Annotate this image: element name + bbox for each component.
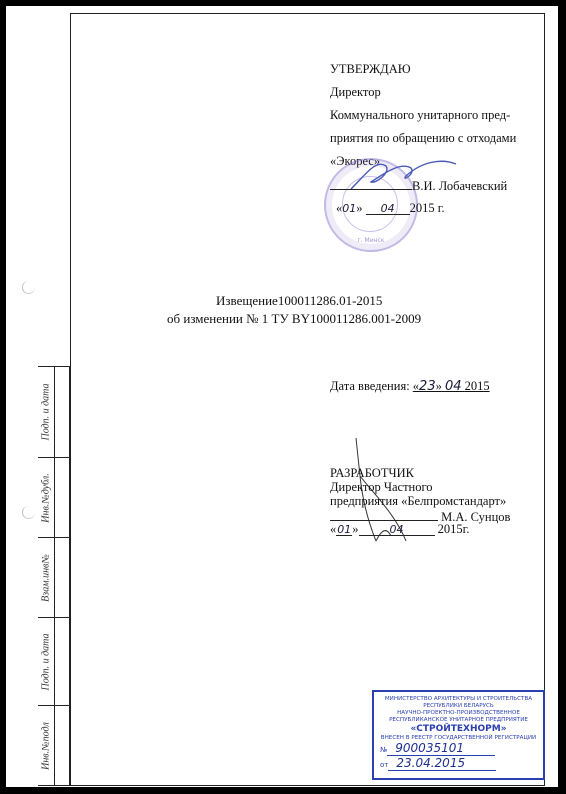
side-cell-replace-inv: Взам.инв№ <box>38 537 70 617</box>
approval-org-line1: Коммунального унитарного пред- <box>330 109 510 122</box>
developer-date-day: 01 <box>336 524 352 536</box>
registration-stamp-org: «СТРОЙТЕХНОРМ» <box>374 724 543 735</box>
registration-stamp: МИНИСТЕРСТВО АРХИТЕКТУРЫ И СТРОИТЕЛЬСТВА… <box>372 690 545 780</box>
registration-number-row: №900035101 <box>374 742 543 757</box>
side-cell-sign-date-1: Подп. и дата <box>38 366 70 457</box>
side-cell-dup-inv: Инв.№дубл. <box>38 457 70 537</box>
side-cell-label: Подп. и дата <box>41 383 52 440</box>
approval-signatory: В.И. Лобачевский <box>412 179 507 193</box>
effective-date-label: Дата введения: <box>330 379 410 393</box>
round-seal-city: г. Минск <box>326 237 416 244</box>
document-page: Подп. и дата Инв.№дубл. Взам.инв№ Подп. … <box>6 6 558 787</box>
developer-date: «01»04 2015г. <box>330 523 469 536</box>
developer-heading: РАЗРАБОТЧИК <box>330 467 414 480</box>
approval-date-month: 04 <box>366 203 410 215</box>
registration-date-row: от23.04.2015 <box>374 757 543 772</box>
developer-position: Директор Частного <box>330 481 433 494</box>
notice-subtitle: об изменении № 1 ТУ BY100011286.001-2009 <box>167 312 421 325</box>
approval-signature-line: В.И. Лобачевский <box>330 178 507 193</box>
approval-date-year: 2015 г. <box>410 201 445 215</box>
registration-date: 23.04.2015 <box>388 757 496 771</box>
effective-date-value: «23» 04 2015 <box>413 379 490 393</box>
effective-date: Дата введения: «23» 04 2015 <box>330 380 490 393</box>
developer-date-month: 04 <box>359 524 435 536</box>
punch-hole-mark <box>22 281 35 294</box>
punch-hole-mark <box>22 506 35 519</box>
approval-org-line2: приятия по обращению с отходами <box>330 132 516 145</box>
registration-number: 900035101 <box>387 742 495 756</box>
side-table-bottom-line <box>38 785 70 786</box>
approval-date-day: 01 <box>342 202 356 215</box>
notice-title: Извещение100011286.01-2015 <box>216 294 382 307</box>
side-cell-label: Подп. и дата <box>41 633 52 690</box>
approval-date: «01» 042015 г. <box>336 202 445 215</box>
side-cell-sign-date-2: Подп. и дата <box>38 617 70 705</box>
side-cell-label: Инв.№дубл. <box>41 473 52 522</box>
side-cell-orig-inv: Инв.№подл <box>38 705 70 786</box>
developer-date-year: 2015г. <box>438 522 470 536</box>
approval-position: Директор <box>330 86 381 99</box>
side-cell-label: Взам.инв№ <box>41 554 52 602</box>
developer-org: предприятия «Белпромстандарт» <box>330 495 506 508</box>
side-cell-label: Инв.№подл <box>41 722 52 770</box>
drawing-frame <box>70 13 545 786</box>
approval-heading: УТВЕРЖДАЮ <box>330 63 411 76</box>
